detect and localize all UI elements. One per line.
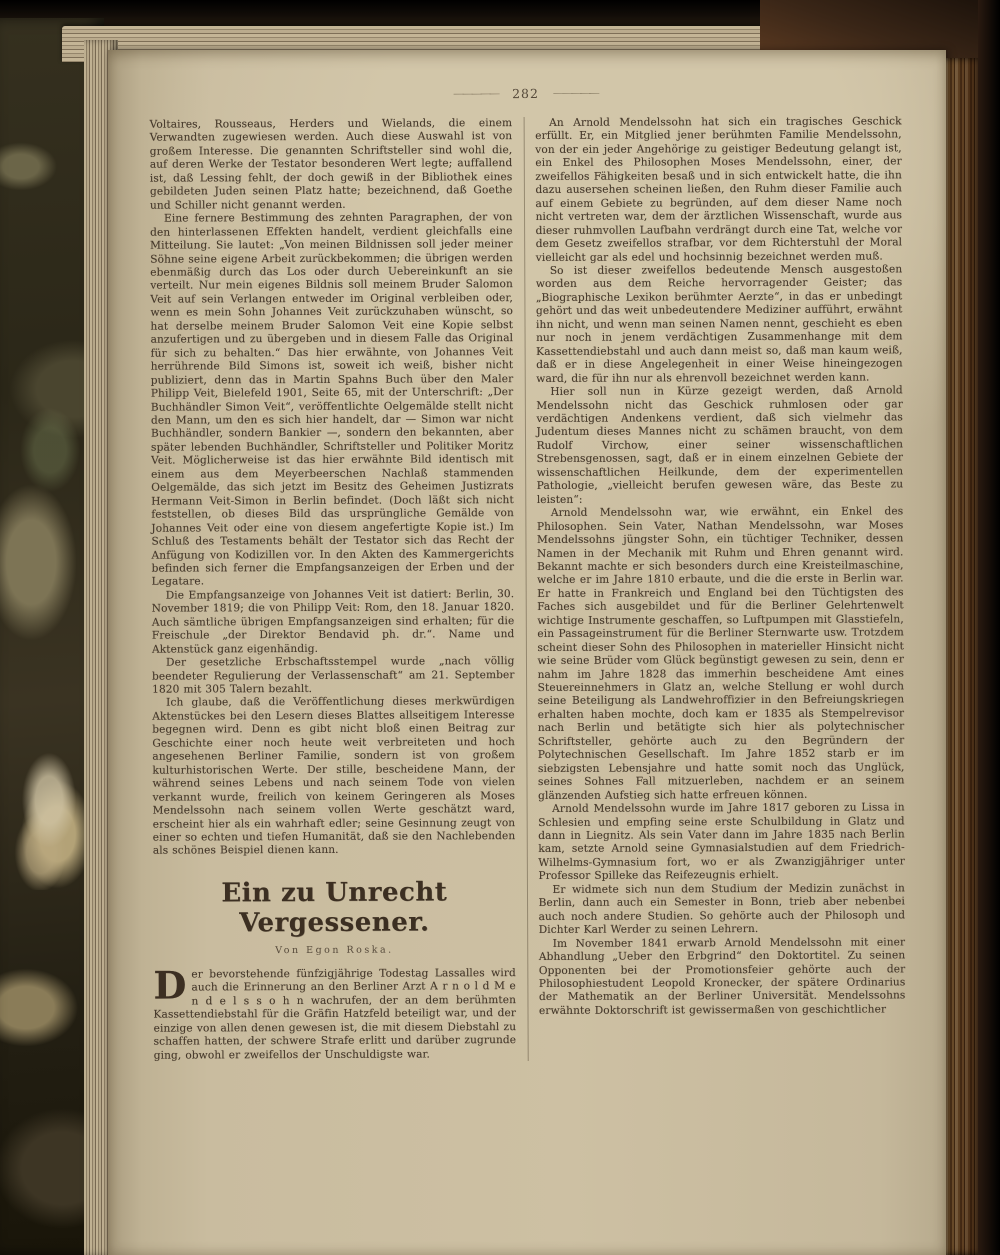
cover-wear-spot [6, 740, 92, 890]
page-header: ————— 282 ————— [149, 84, 901, 102]
article-opening-paragraph: Der bevorstehende fünfzigjährige Todesta… [153, 967, 516, 1063]
page-content: ————— 282 ————— Voltaires, Rousseaus, He… [149, 84, 906, 1247]
paragraph: So ist dieser zweifellos bedeutende Mens… [536, 263, 903, 386]
paragraph: Ich glaube, daß die Veröffentlichung die… [152, 696, 515, 859]
article-byline: Von Egon Roska. [153, 944, 516, 957]
cover-wear-spot [10, 380, 90, 520]
scanned-page: ————— 282 ————— Voltaires, Rousseaus, He… [108, 50, 946, 1255]
paragraph: Hier soll nun in Kürze gezeigt werden, d… [536, 384, 903, 507]
paragraph: Eine fernere Bestimmung des zehnten Para… [150, 211, 514, 589]
paragraph: An Arnold Mendelssohn hat sich ein tragi… [535, 115, 902, 265]
article-opening-text: er bevorstehende fünfzigjährige Todestag… [153, 967, 516, 1061]
header-rule-left: ————— [453, 90, 498, 98]
paragraph: Im November 1841 erwarb Arnold Mendelsso… [539, 936, 906, 1018]
header-rule-right: ————— [553, 89, 598, 97]
right-column: An Arnold Mendelssohn hat sich ein tragi… [523, 115, 906, 1061]
paragraph: Arnold Mendelssohn war, wie erwähnt, ein… [537, 506, 905, 804]
two-column-text: Voltaires, Rousseaus, Herders und Wielan… [150, 115, 906, 1062]
article-title: Ein zu Unrecht Vergessener. [153, 877, 516, 939]
book-scan-scene: ————— 282 ————— Voltaires, Rousseaus, He… [0, 0, 1000, 1255]
paragraph: Er widmete sich nun dem Studium der Medi… [538, 882, 905, 937]
paragraph: Voltaires, Rousseaus, Herders und Wielan… [150, 117, 513, 213]
paragraph: Die Empfangsanzeige von Johannes Veit is… [152, 588, 515, 657]
paragraph: Arnold Mendelssohn wurde im Jahre 1817 g… [538, 801, 905, 883]
left-column-body-text: Voltaires, Rousseaus, Herders und Wielan… [150, 117, 516, 858]
page-number: 282 [512, 86, 539, 101]
book-cover-right [978, 0, 1000, 1255]
article-section: Ein zu Unrecht Vergessener. Von Egon Ros… [153, 877, 516, 1063]
drop-cap: D [153, 968, 191, 1000]
paragraph: Der gesetzliche Erbschaftsstempel wurde … [152, 655, 515, 697]
left-column: Voltaires, Rousseaus, Herders und Wielan… [150, 117, 517, 1063]
